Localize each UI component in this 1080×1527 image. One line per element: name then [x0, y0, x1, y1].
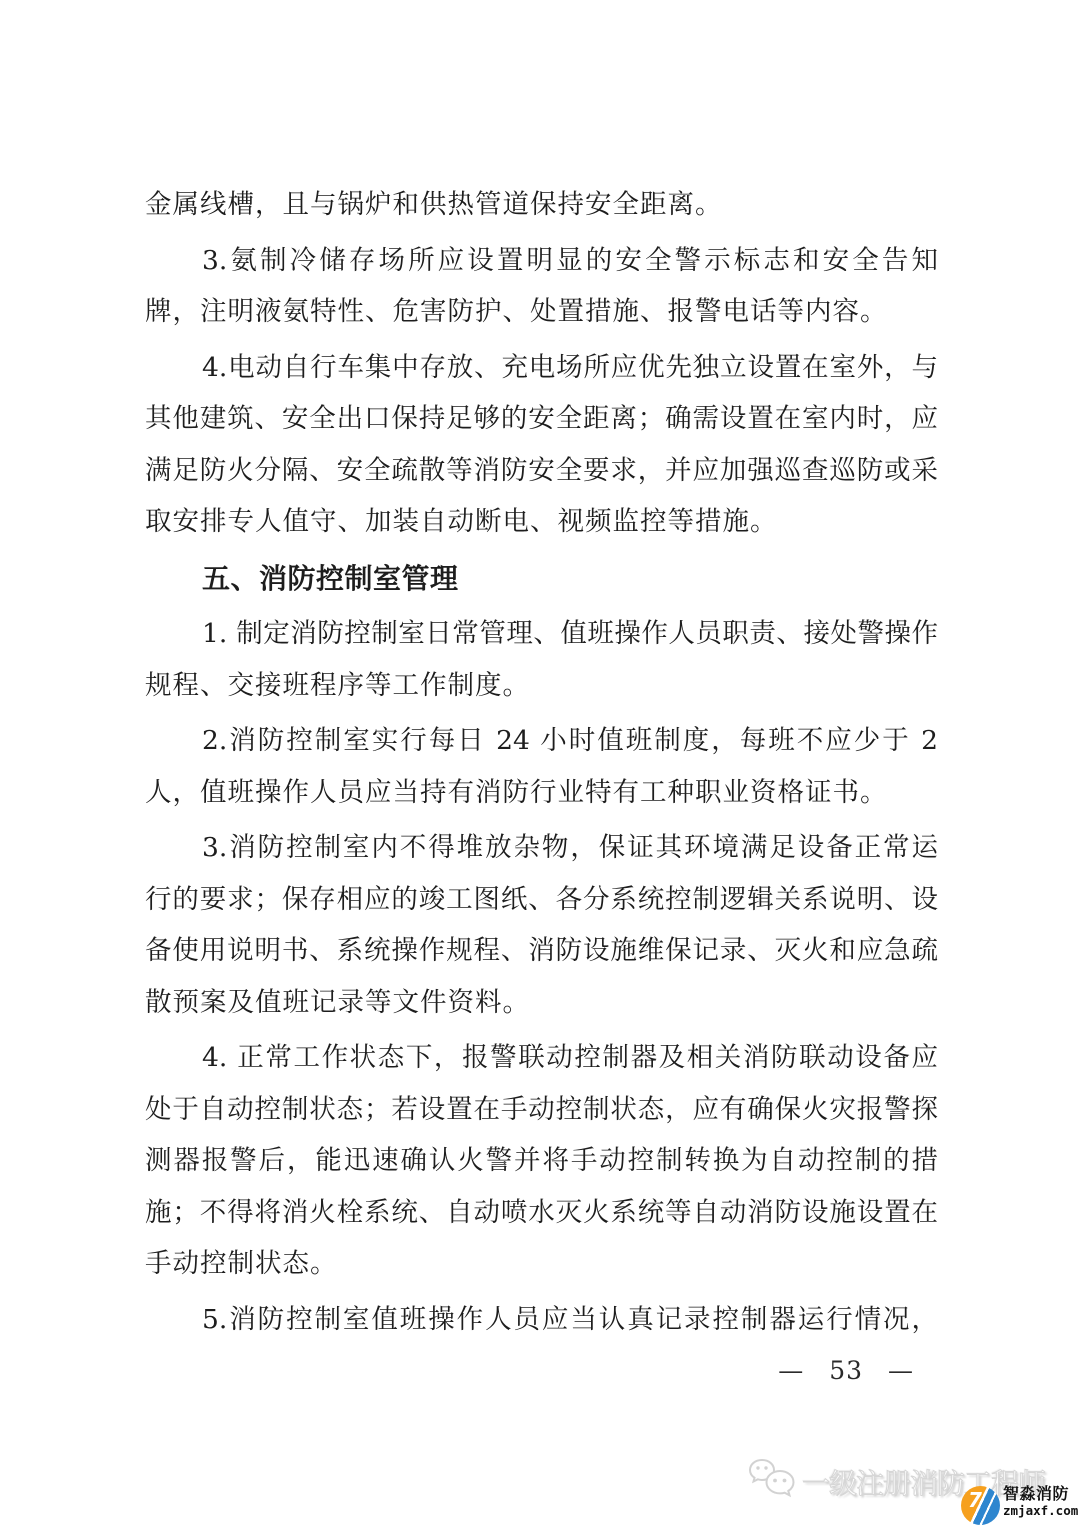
body-line: 满足防火分隔、安全疏散等消防安全要求，并应加强巡查巡防或采: [145, 445, 938, 497]
body-line: 规程、交接班程序等工作制度。: [145, 660, 938, 712]
brand-domain: zmjaxf.com: [1003, 1505, 1078, 1518]
section-heading: 五、消防控制室管理: [145, 553, 938, 605]
body-line: 测器报警后，能迅速确认火警并将手动控制转换为自动控制的措: [145, 1135, 938, 1187]
body-line: 备使用说明书、系统操作规程、消防设施维保记录、灭火和应急疏: [145, 925, 938, 977]
body-line: 行的要求；保存相应的竣工图纸、各分系统控制逻辑关系说明、设: [145, 874, 938, 926]
body-line: 牌，注明液氨特性、危害防护、处置措施、报警电话等内容。: [145, 286, 938, 338]
body-line: 其他建筑、安全出口保持足够的安全距离；确需设置在室内时，应: [145, 393, 938, 445]
document-page: 金属线槽，且与锅炉和供热管道保持安全距离。 3.氨制冷储存场所应设置明显的安全警…: [0, 0, 1080, 1527]
body-line: 人，值班操作人员应当持有消防行业特有工种职业资格证书。: [145, 767, 938, 819]
body-line: 4. 正常工作状态下，报警联动控制器及相关消防联动设备应: [145, 1032, 938, 1084]
body-line: 3.消防控制室内不得堆放杂物，保证其环境满足设备正常运: [145, 822, 938, 874]
body-line: 1. 制定消防控制室日常管理、值班操作人员职责、接处警操作: [145, 608, 938, 660]
body-line: 取安排专人值守、加装自动断电、视频监控等措施。: [145, 496, 938, 548]
wechat-icon: [748, 1458, 798, 1506]
body-line: 2.消防控制室实行每日 24 小时值班制度，每班不应少于 2: [145, 715, 938, 767]
watermark-banner: 一级注册消防工程师 7 智淼消防 zmjaxf.com: [0, 1450, 1080, 1527]
brand-logo-icon: 7: [961, 1486, 1000, 1525]
body-line: 金属线槽，且与锅炉和供热管道保持安全距离。: [145, 179, 938, 231]
body-line: 手动控制状态。: [145, 1238, 938, 1290]
document-body: 金属线槽，且与锅炉和供热管道保持安全距离。 3.氨制冷储存场所应设置明显的安全警…: [145, 179, 938, 1397]
body-line: 5.消防控制室值班操作人员应当认真记录控制器运行情况，: [145, 1294, 938, 1346]
body-line: 3.氨制冷储存场所应设置明显的安全警示标志和安全告知: [145, 235, 938, 287]
body-line: 处于自动控制状态；若设置在手动控制状态，应有确保火灾报警探: [145, 1084, 938, 1136]
body-line: 4.电动自行车集中存放、充电场所应优先独立设置在室外，与: [145, 342, 938, 394]
body-line: 散预案及值班记录等文件资料。: [145, 977, 938, 1029]
brand-logo: 7 智淼消防 zmjaxf.com: [961, 1486, 1078, 1525]
body-line: 施；不得将消火栓系统、自动喷水灭火系统等自动消防设施设置在: [145, 1187, 938, 1239]
brand-name: 智淼消防: [1003, 1486, 1078, 1502]
page-number: — 53 —: [145, 1345, 938, 1397]
